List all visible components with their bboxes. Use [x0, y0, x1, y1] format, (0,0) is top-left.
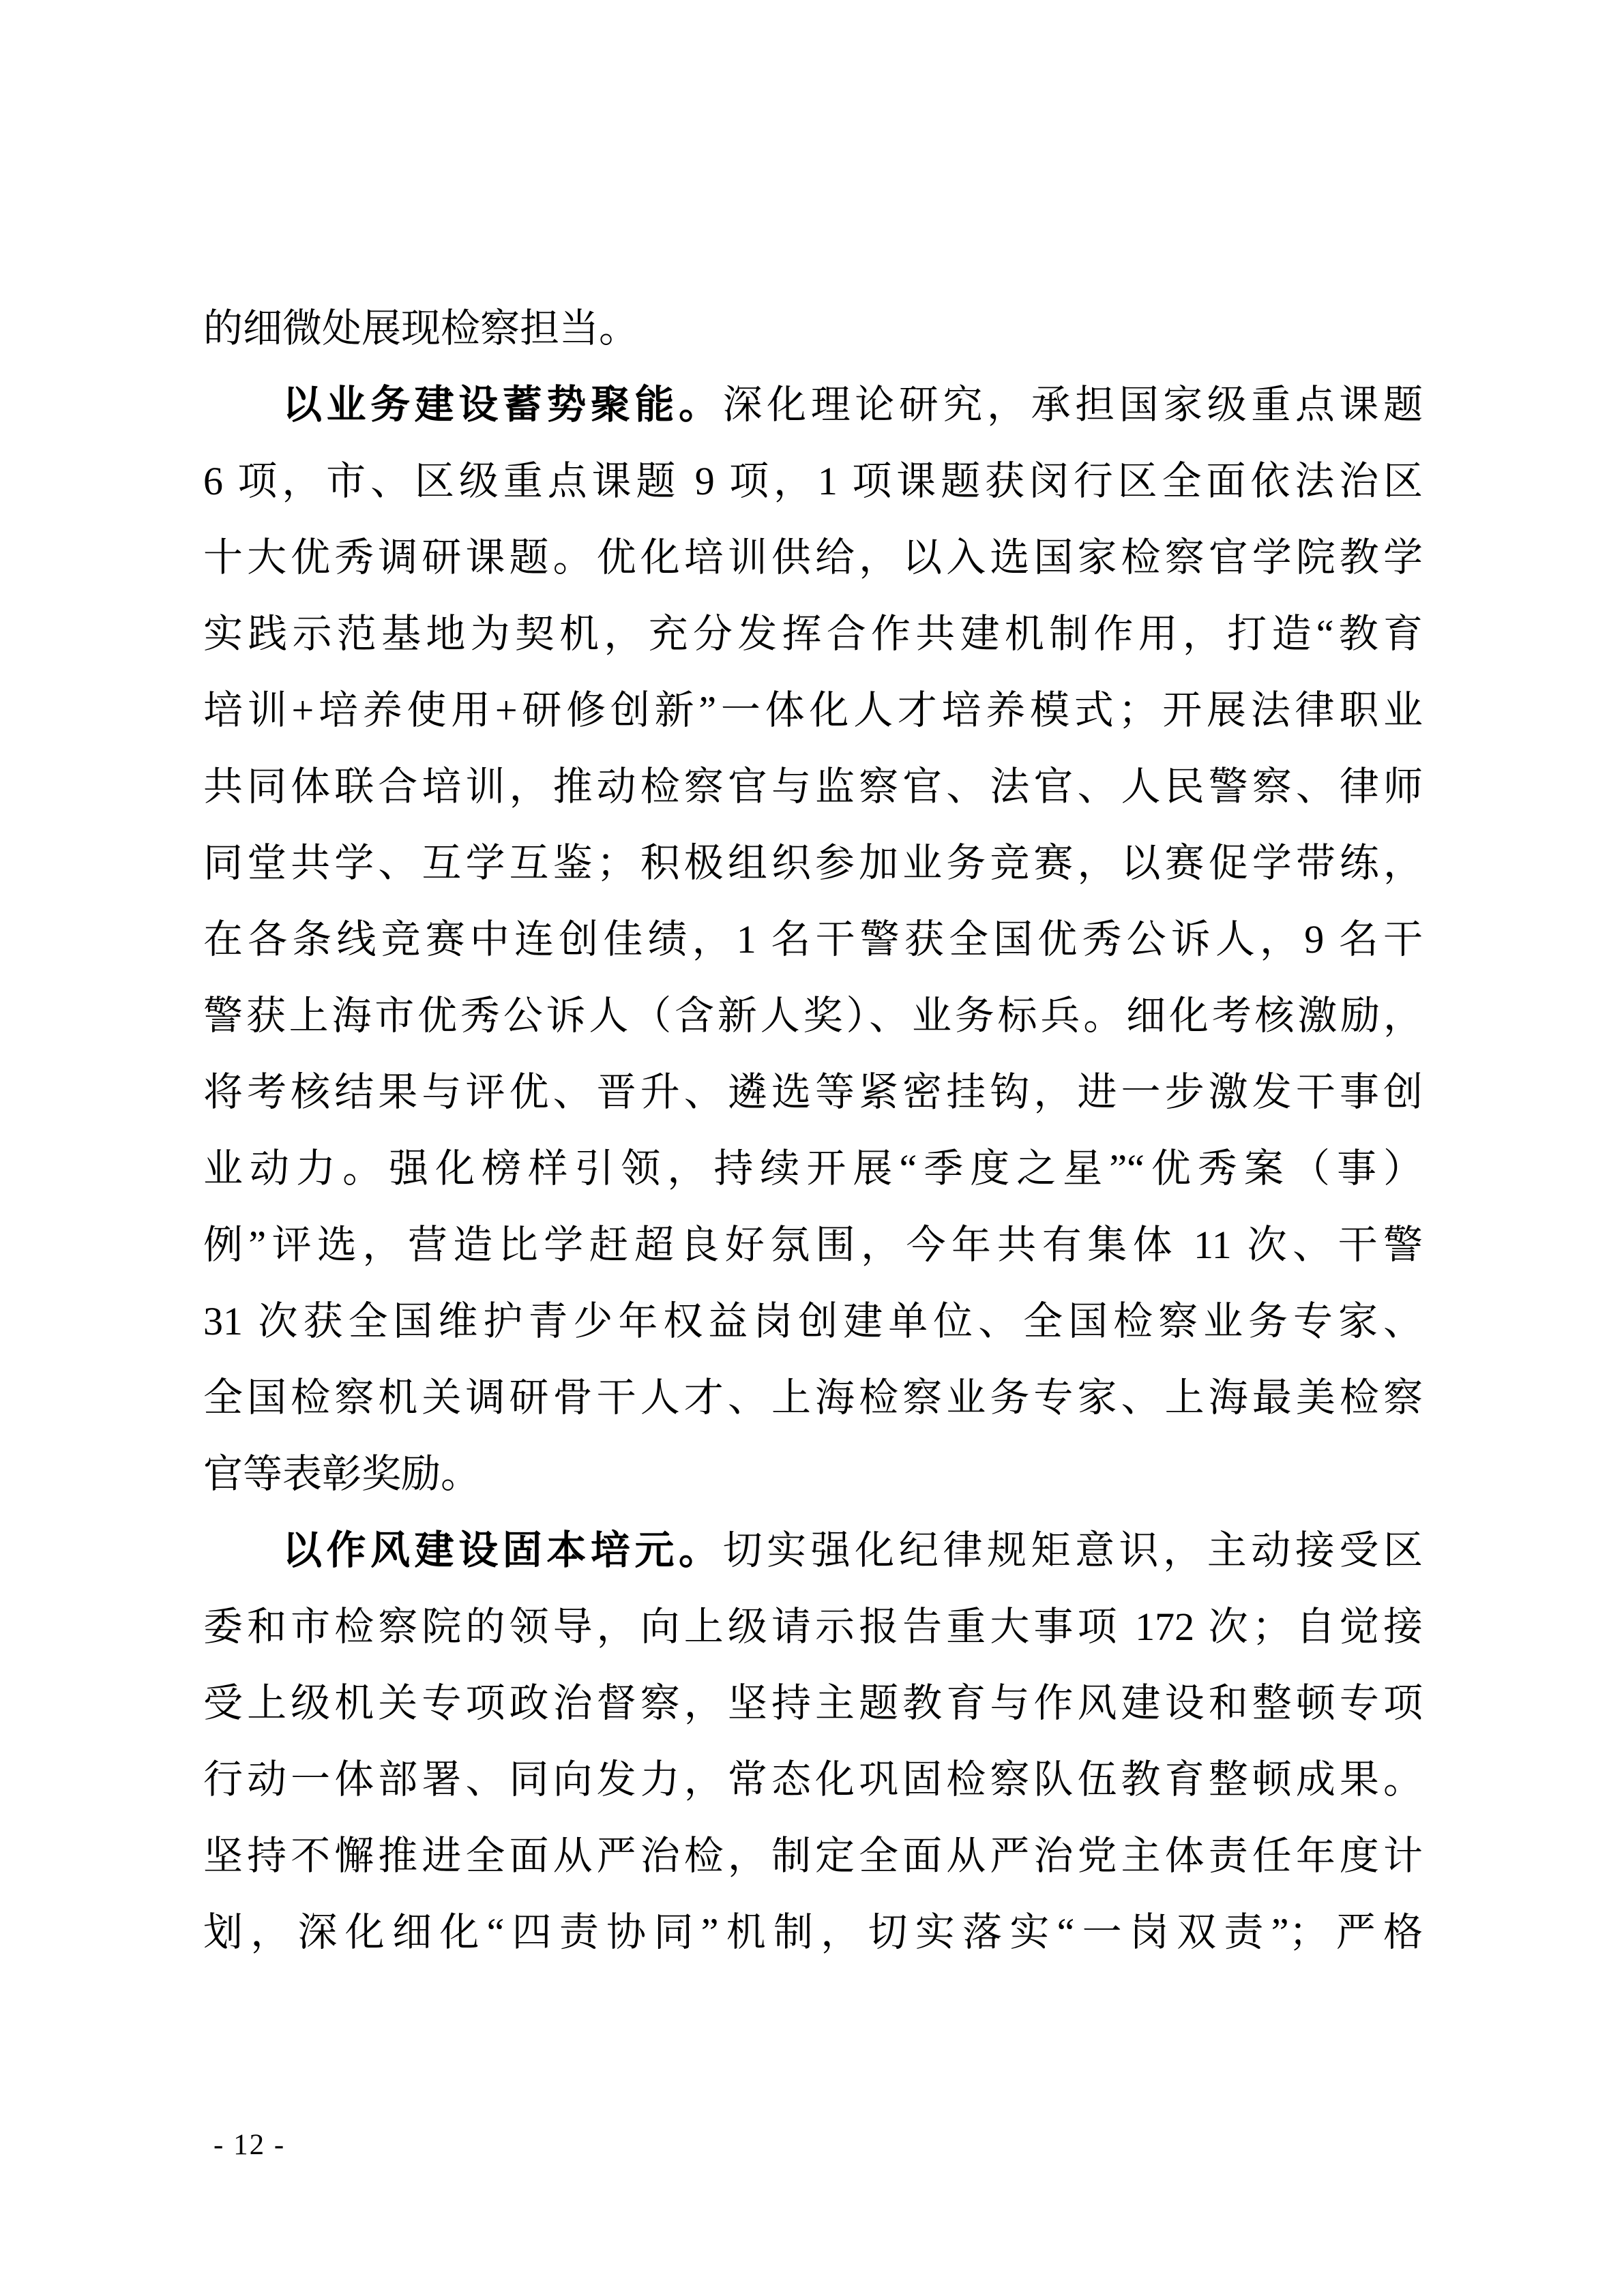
paragraph-text: 在各条线竞赛中连创佳绩，1 名干警获全国优秀公诉人，9 名干 — [203, 917, 1423, 961]
text-line: 业动力。强化榜样引领，持续开展“季度之星”“优秀案（事） — [203, 1131, 1423, 1207]
text-line: 受上级机关专项政治督察，坚持主题教育与作风建设和整顿专项 — [203, 1665, 1423, 1742]
paragraph-text: 业动力。强化榜样引领，持续开展“季度之星”“优秀案（事） — [203, 1146, 1423, 1191]
text-line: 培训+培养使用+研修创新”一体化人才培养模式；开展法律职业 — [203, 672, 1423, 749]
text-line: 坚持不懈推进全面从严治检，制定全面从严治党主体责任年度计 — [203, 1818, 1423, 1894]
text-line: 十大优秀调研课题。优化培训供给，以入选国家检察官学院教学 — [203, 520, 1423, 596]
paragraph-lead-bold: 以业务建设蓄势聚能。 — [282, 383, 723, 427]
paragraph-text: 委和市检察院的领导，向上级请示报告重大事项 172 次；自觉接 — [203, 1605, 1423, 1649]
paragraph-text: 行动一体部署、同向发力，常态化巩固检察队伍教育整顿成果。 — [203, 1757, 1423, 1802]
paragraph-text: 的细微处展现检察担当。 — [203, 306, 638, 351]
paragraph-text: 官等表彰奖励。 — [203, 1452, 480, 1496]
text-line: 划，深化细化“四责协同”机制，切实落实“一岗双责”；严格 — [203, 1894, 1423, 1971]
text-line: 行动一体部署、同向发力，常态化巩固检察队伍教育整顿成果。 — [203, 1742, 1423, 1818]
text-line: 委和市检察院的领导，向上级请示报告重大事项 172 次；自觉接 — [203, 1589, 1423, 1665]
paragraph-text: 切实强化纪律规矩意识，主动接受区 — [723, 1528, 1423, 1572]
document-body: 的细微处展现检察担当。以业务建设蓄势聚能。深化理论研究，承担国家级重点课题6 项… — [203, 290, 1423, 1971]
text-line: 6 项，市、区级重点课题 9 项，1 项课题获闵行区全面依法治区 — [203, 443, 1423, 520]
text-line: 例”评选，营造比学赶超良好氛围，今年共有集体 11 次、干警 — [203, 1207, 1423, 1283]
paragraph-text: 同堂共学、互学互鉴；积极组织参加业务竞赛，以赛促学带练， — [203, 841, 1423, 885]
paragraph-text: 坚持不懈推进全面从严治检，制定全面从严治党主体责任年度计 — [203, 1834, 1423, 1878]
text-line: 将考核结果与评优、晋升、遴选等紧密挂钩，进一步激发干事创 — [203, 1054, 1423, 1131]
paragraph-text: 警获上海市优秀公诉人（含新人奖）、业务标兵。细化考核激励， — [203, 994, 1423, 1038]
text-line: 实践示范基地为契机，充分发挥合作共建机制作用，打造“教育 — [203, 596, 1423, 672]
paragraph-text: 划，深化细化“四责协同”机制，切实落实“一岗双责”；严格 — [203, 1910, 1423, 1954]
paragraph-text: 培训+培养使用+研修创新”一体化人才培养模式；开展法律职业 — [203, 688, 1423, 732]
paragraph-text: 将考核结果与评优、晋升、遴选等紧密挂钩，进一步激发干事创 — [203, 1070, 1423, 1114]
document-page: 的细微处展现检察担当。以业务建设蓄势聚能。深化理论研究，承担国家级重点课题6 项… — [0, 0, 1624, 2296]
paragraph-text: 全国检察机关调研骨干人才、上海检察业务专家、上海最美检察 — [203, 1375, 1423, 1420]
text-line: 同堂共学、互学互鉴；积极组织参加业务竞赛，以赛促学带练， — [203, 825, 1423, 901]
text-line: 共同体联合培训，推动检察官与监察官、法官、人民警察、律师 — [203, 749, 1423, 825]
text-line: 官等表彰奖励。 — [203, 1436, 1423, 1512]
text-line: 警获上海市优秀公诉人（含新人奖）、业务标兵。细化考核激励， — [203, 978, 1423, 1054]
paragraph-text: 共同体联合培训，推动检察官与监察官、法官、人民警察、律师 — [203, 764, 1423, 809]
text-line: 的细微处展现检察担当。 — [203, 290, 1423, 367]
paragraph-text: 31 次获全国维护青少年权益岗创建单位、全国检察业务专家、 — [203, 1299, 1423, 1343]
paragraph-text: 例”评选，营造比学赶超良好氛围，今年共有集体 11 次、干警 — [203, 1223, 1423, 1267]
paragraph-text: 6 项，市、区级重点课题 9 项，1 项课题获闵行区全面依法治区 — [203, 459, 1423, 503]
text-line: 31 次获全国维护青少年权益岗创建单位、全国检察业务专家、 — [203, 1283, 1423, 1360]
text-line: 在各条线竞赛中连创佳绩，1 名干警获全国优秀公诉人，9 名干 — [203, 901, 1423, 978]
paragraph-text: 实践示范基地为契机，充分发挥合作共建机制作用，打造“教育 — [203, 612, 1423, 656]
paragraph-lead-bold: 以作风建设固本培元。 — [282, 1528, 723, 1572]
paragraph-text: 十大优秀调研课题。优化培训供给，以入选国家检察官学院教学 — [203, 535, 1423, 580]
page-number: - 12 - — [213, 2128, 285, 2163]
text-line: 全国检察机关调研骨干人才、上海检察业务专家、上海最美检察 — [203, 1360, 1423, 1436]
text-line: 以作风建设固本培元。切实强化纪律规矩意识，主动接受区 — [203, 1512, 1423, 1589]
paragraph-text: 深化理论研究，承担国家级重点课题 — [723, 383, 1423, 427]
paragraph-text: 受上级机关专项政治督察，坚持主题教育与作风建设和整顿专项 — [203, 1681, 1423, 1725]
text-line: 以业务建设蓄势聚能。深化理论研究，承担国家级重点课题 — [203, 367, 1423, 443]
